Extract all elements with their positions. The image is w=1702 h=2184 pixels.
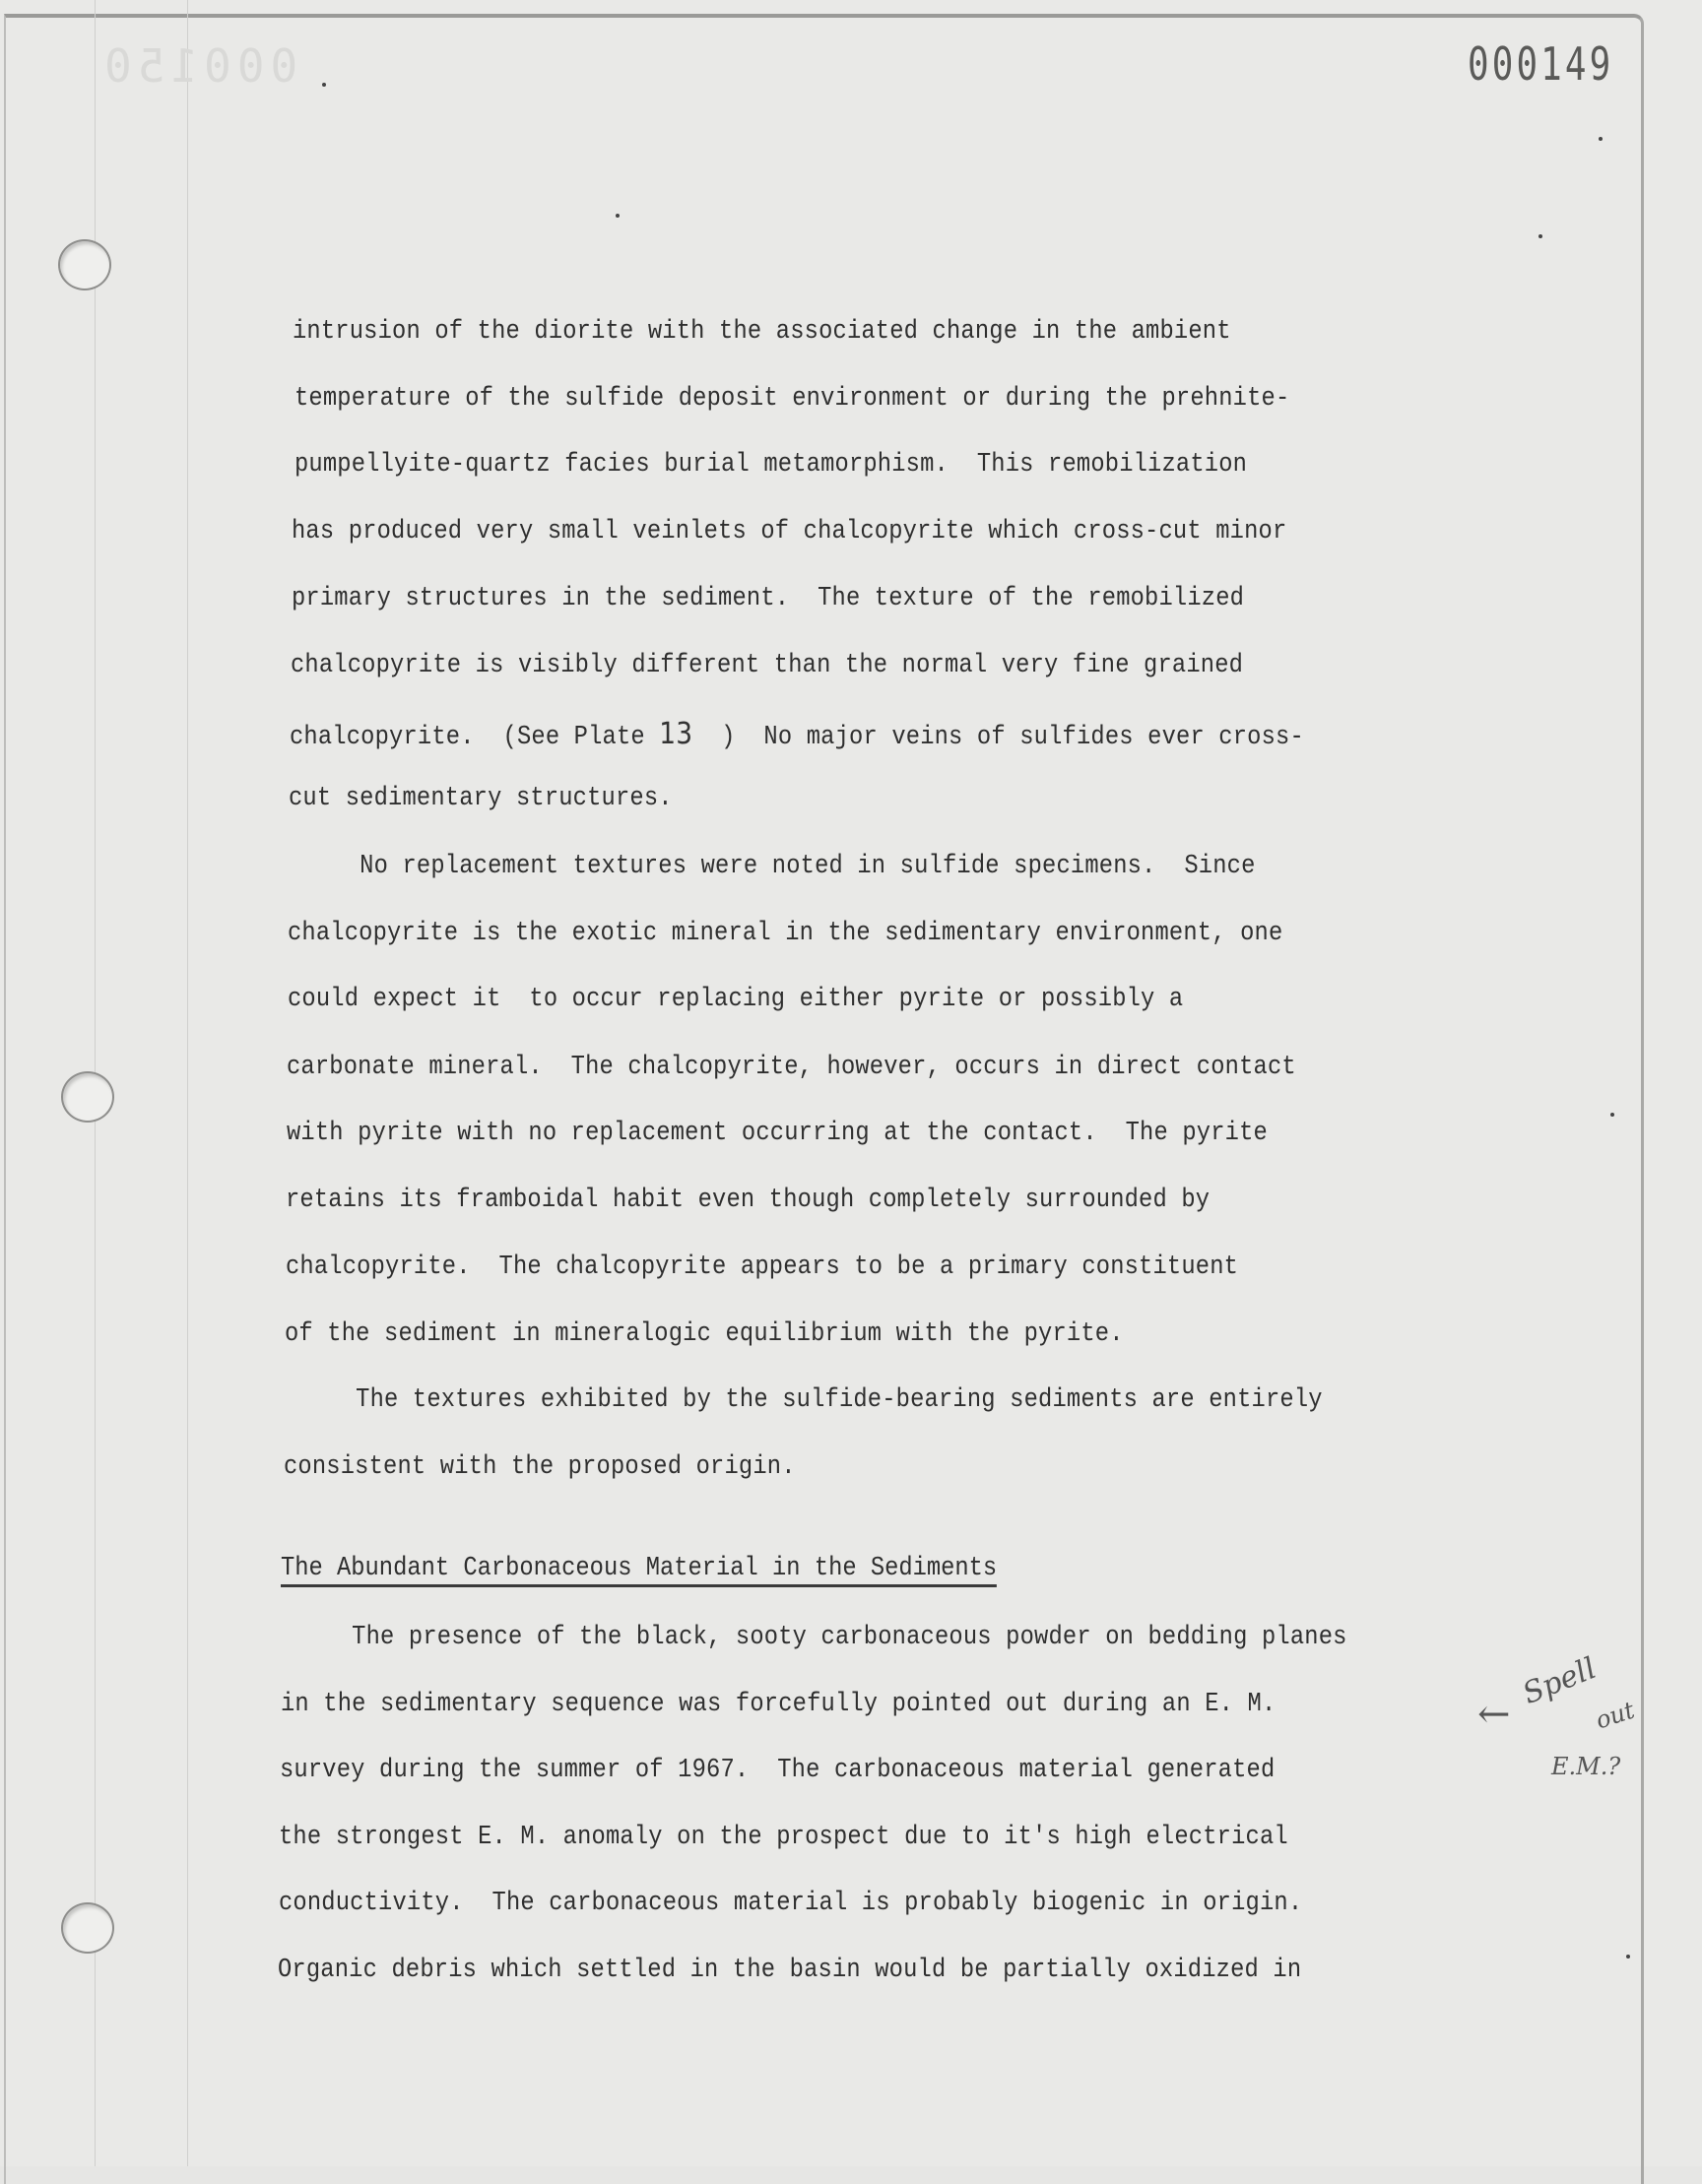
annotation-text: E.M.?	[1551, 1753, 1620, 1780]
bleed-through-page-number: 000150	[98, 39, 297, 93]
paragraph-start: No replacement textures were noted in su…	[289, 852, 1256, 881]
text-line: retains its framboidal habit even though…	[286, 1186, 1210, 1215]
scanned-page: 000150 000149 intrusion of the diorite w…	[0, 0, 1702, 2166]
text-line: conductivity. The carbonaceous material …	[279, 1889, 1302, 1918]
scan-speck	[1626, 1955, 1630, 1959]
punch-hole-middle	[61, 1071, 114, 1123]
text-line: intrusion of the diorite with the associ…	[293, 317, 1231, 347]
text-line: temperature of the sulfide deposit envir…	[295, 384, 1289, 414]
paragraph-start: The textures exhibited by the sulfide-be…	[285, 1385, 1323, 1415]
text-line: cut sedimentary structures.	[289, 784, 673, 813]
text-line: in the sedimentary sequence was forceful…	[281, 1690, 1276, 1719]
punch-hole-top	[58, 239, 111, 290]
text-line: with pyrite with no replacement occurrin…	[287, 1119, 1268, 1148]
text-line: chalcopyrite is visibly different than t…	[291, 651, 1243, 680]
text-line: of the sediment in mineralogic equilibri…	[285, 1319, 1124, 1349]
section-heading: The Abundant Carbonaceous Material in th…	[281, 1554, 997, 1587]
scan-artifact-line	[187, 0, 188, 2166]
text-line: carbonate mineral. The chalcopyrite, how…	[287, 1053, 1296, 1082]
text-line: pumpellyite-quartz facies burial metamor…	[295, 450, 1247, 480]
handwritten-plate-number: 13	[659, 717, 692, 751]
scan-speck	[1538, 234, 1542, 238]
arrow-left-icon: ←	[1477, 1692, 1511, 1737]
scan-speck	[1599, 137, 1603, 141]
text-line: survey during the summer of 1967. The ca…	[280, 1756, 1275, 1785]
text-line-plate-reference: chalcopyrite. (See Plate 13 ) No major v…	[290, 717, 1304, 752]
text-line: chalcopyrite. The chalcopyrite appears t…	[286, 1253, 1238, 1282]
text-line: primary structures in the sediment. The …	[292, 584, 1244, 613]
text-line: the strongest E. M. anomaly on the prosp…	[279, 1823, 1288, 1852]
scan-speck	[322, 83, 326, 87]
text-fragment: chalcopyrite. (See Plate	[290, 723, 659, 752]
scan-speck	[1610, 1113, 1614, 1117]
text-line: Organic debris which settled in the basi…	[278, 1956, 1301, 1985]
text-line: consistent with the proposed origin.	[284, 1452, 796, 1482]
text-fragment: ) No major veins of sulfides ever cross-	[692, 723, 1304, 752]
scan-speck	[616, 214, 620, 218]
text-line: could expect it to occur replacing eithe…	[288, 985, 1183, 1014]
page-number: 000149	[1468, 37, 1613, 91]
paragraph-start: The presence of the black, sooty carbona…	[281, 1623, 1347, 1652]
text-line: has produced very small veinlets of chal…	[292, 517, 1286, 546]
text-line: chalcopyrite is the exotic mineral in th…	[288, 919, 1282, 948]
punch-hole-bottom	[61, 1902, 114, 1954]
